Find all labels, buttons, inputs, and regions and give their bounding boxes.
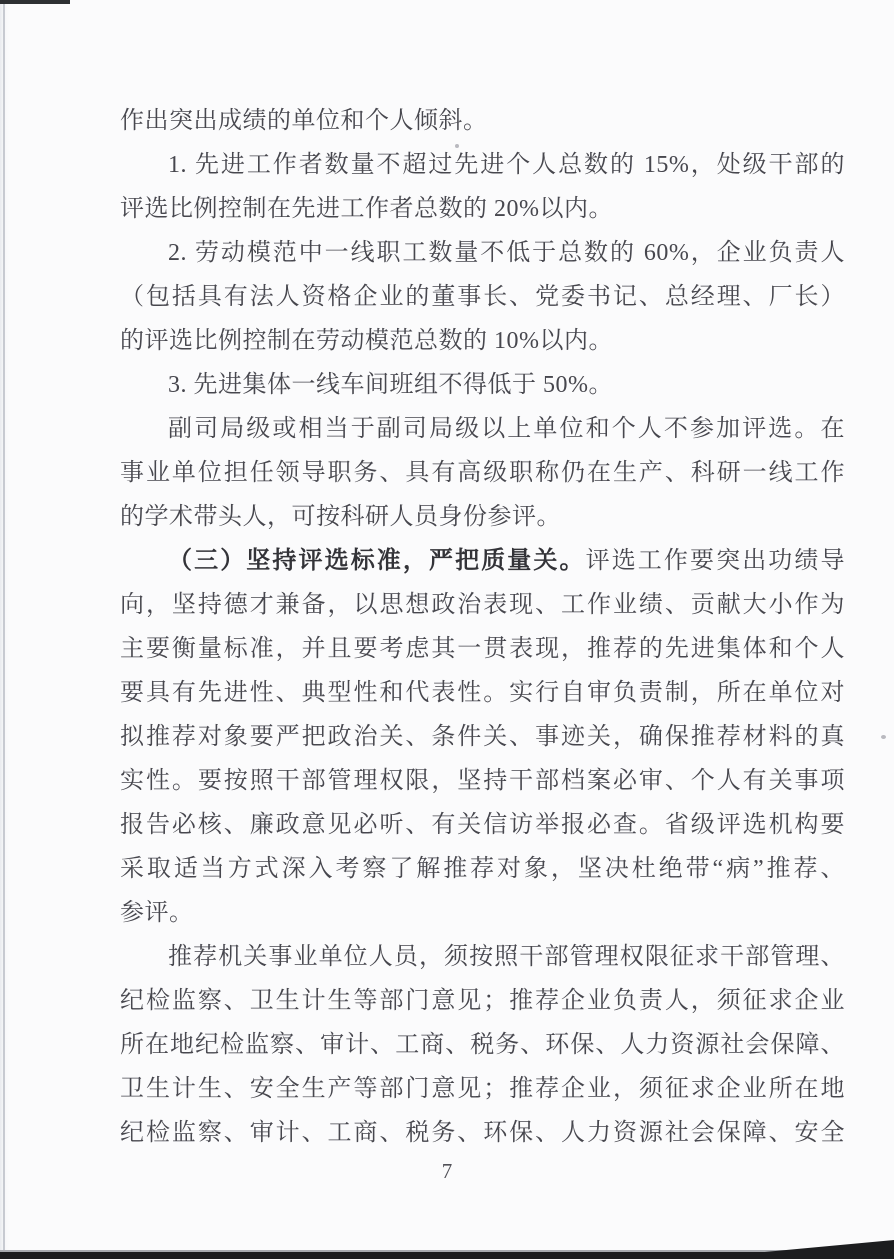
- body-text: 3. 先进集体一线车间班组不得低于 50%。: [168, 372, 613, 398]
- body-text: 纪检监察、卫生计生等部门意见；推荐企业负责人，须征求企业: [120, 988, 845, 1014]
- body-text: 卫生计生、安全生产等部门意见；推荐企业，须征求企业所在地: [120, 1076, 845, 1102]
- scan-speck: [881, 735, 886, 739]
- scan-bottom-bar: [0, 1252, 894, 1259]
- text-line: 向，坚持德才兼备，以思想政治表现、工作业绩、贡献大小作为: [120, 583, 845, 627]
- body-text: 参评。: [120, 900, 194, 926]
- text-line: 参评。: [120, 891, 845, 935]
- page-number: 7: [0, 1156, 894, 1186]
- body-text: 作出突出成绩的单位和个人倾斜。: [120, 108, 488, 134]
- text-line: 卫生计生、安全生产等部门意见；推荐企业，须征求企业所在地: [120, 1067, 845, 1111]
- body-text: 主要衡量标准，并且要考虑其一贯表现，推荐的先进集体和个人: [120, 636, 845, 662]
- body-text: 评选比例控制在先进工作者总数的 20%以内。: [120, 196, 613, 222]
- text-line: 推荐机关事业单位人员，须按照干部管理权限征求干部管理、: [120, 935, 845, 979]
- text-line: 纪检监察、卫生计生等部门意见；推荐企业负责人，须征求企业: [120, 979, 845, 1023]
- text-line: 报告必核、廉政意见必听、有关信访举报必查。省级评选机构要: [120, 803, 845, 847]
- body-text: 纪检监察、审计、工商、税务、环保、人力资源社会保障、安全: [120, 1120, 845, 1146]
- body-text: 副司局级或相当于副司局级以上单位和个人不参加评选。在: [168, 416, 845, 442]
- body-text: 的学术带头人，可按科研人员身份参评。: [120, 504, 561, 530]
- text-line: 所在地纪检监察、审计、工商、税务、环保、人力资源社会保障、: [120, 1023, 845, 1067]
- body-text: 的评选比例控制在劳动模范总数的 10%以内。: [120, 328, 613, 354]
- body-text: 拟推荐对象要严把政治关、条件关、事迹关，确保推荐材料的真: [120, 724, 845, 750]
- body-text: 采取适当方式深入考察了解推荐对象，坚决杜绝带“病”推荐、: [120, 856, 845, 882]
- heading-text: （三）坚持评选标准，严把质量关。: [168, 548, 586, 574]
- text-line: 3. 先进集体一线车间班组不得低于 50%。: [120, 363, 845, 407]
- body-text: 推荐机关事业单位人员，须按照干部管理权限征求干部管理、: [168, 944, 845, 970]
- body-text: 事业单位担任领导职务、具有高级职称仍在生产、科研一线工作: [120, 460, 845, 486]
- text-line: 1. 先进工作者数量不超过先进个人总数的 15%，处级干部的: [120, 143, 845, 187]
- scan-top-left-bar: [0, 0, 70, 4]
- text-line: 纪检监察、审计、工商、税务、环保、人力资源社会保障、安全: [120, 1111, 845, 1155]
- text-line: 要具有先进性、典型性和代表性。实行自审负责制，所在单位对: [120, 671, 845, 715]
- document-page: 作出突出成绩的单位和个人倾斜。1. 先进工作者数量不超过先进个人总数的 15%，…: [0, 0, 894, 1259]
- body-text: 1. 先进工作者数量不超过先进个人总数的 15%，处级干部的: [168, 152, 845, 178]
- text-line: 副司局级或相当于副司局级以上单位和个人不参加评选。在: [120, 407, 845, 451]
- text-line: 作出突出成绩的单位和个人倾斜。: [120, 99, 845, 143]
- text-line: 事业单位担任领导职务、具有高级职称仍在生产、科研一线工作: [120, 451, 845, 495]
- body-text: 所在地纪检监察、审计、工商、税务、环保、人力资源社会保障、: [120, 1032, 845, 1058]
- text-line: 的学术带头人，可按科研人员身份参评。: [120, 495, 845, 539]
- text-line: 的评选比例控制在劳动模范总数的 10%以内。: [120, 319, 845, 363]
- text-line: 主要衡量标准，并且要考虑其一贯表现，推荐的先进集体和个人: [120, 627, 845, 671]
- text-line: 2. 劳动模范中一线职工数量不低于总数的 60%，企业负责人: [120, 231, 845, 275]
- text-line: 采取适当方式深入考察了解推荐对象，坚决杜绝带“病”推荐、: [120, 847, 845, 891]
- text-line: 评选比例控制在先进工作者总数的 20%以内。: [120, 187, 845, 231]
- body-text: （包括具有法人资格企业的董事长、党委书记、总经理、厂长）: [120, 284, 845, 310]
- body-text: 2. 劳动模范中一线职工数量不低于总数的 60%，企业负责人: [168, 240, 845, 266]
- scan-left-edge-line: [3, 0, 5, 1259]
- body-text: 报告必核、廉政意见必听、有关信访举报必查。省级评选机构要: [120, 812, 845, 838]
- body-text: 实性。要按照干部管理权限，坚持干部档案必审、个人有关事项: [120, 768, 845, 794]
- text-line: （三）坚持评选标准，严把质量关。评选工作要突出功绩导: [120, 539, 845, 583]
- text-line: 实性。要按照干部管理权限，坚持干部档案必审、个人有关事项: [120, 759, 845, 803]
- body-text: 要具有先进性、典型性和代表性。实行自审负责制，所在单位对: [120, 680, 845, 706]
- scan-bottom-right-wedge: [754, 1240, 894, 1253]
- text-line: （包括具有法人资格企业的董事长、党委书记、总经理、厂长）: [120, 275, 845, 319]
- text-line: 拟推荐对象要严把政治关、条件关、事迹关，确保推荐材料的真: [120, 715, 845, 759]
- document-body: 作出突出成绩的单位和个人倾斜。1. 先进工作者数量不超过先进个人总数的 15%，…: [120, 99, 845, 1155]
- scan-speck: [455, 144, 459, 148]
- body-text: 评选工作要突出功绩导: [586, 548, 845, 574]
- body-text: 向，坚持德才兼备，以思想政治表现、工作业绩、贡献大小作为: [120, 592, 845, 618]
